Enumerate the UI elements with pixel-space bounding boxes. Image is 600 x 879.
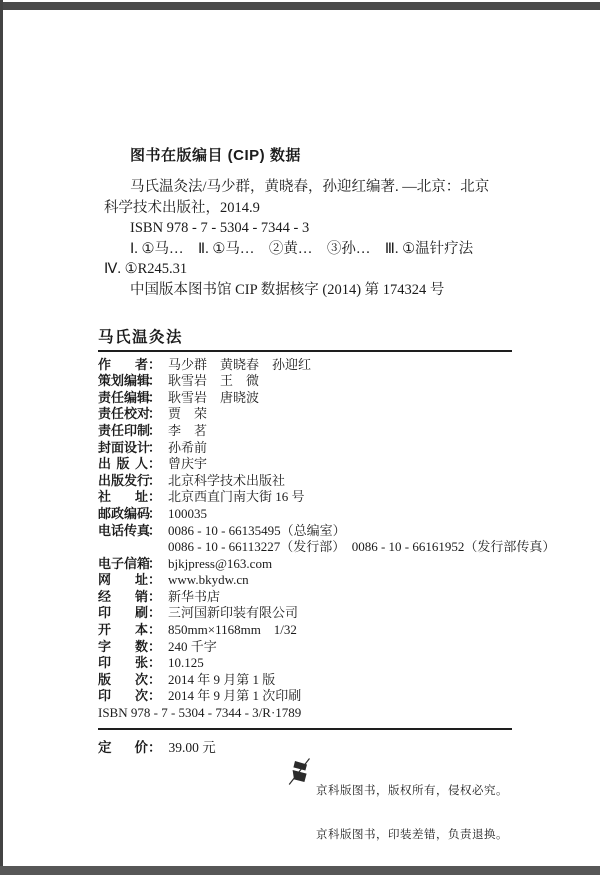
row-colon: ： <box>148 572 161 589</box>
row-label: 印次 <box>98 688 148 705</box>
row-colon: ： <box>148 688 161 705</box>
row-label: 字数 <box>98 639 148 656</box>
info-row: 策划编辑：耿雪岩 王 微 <box>98 373 512 390</box>
row-label: 电子信箱 <box>98 556 148 573</box>
row-value: 0086 - 10 - 66135495（总编室） <box>168 523 346 540</box>
row-colon: ： <box>148 423 161 440</box>
colophon-line-2: 京科版图书，印装差错，负责退换。 <box>316 828 508 843</box>
row-colon: ： <box>148 456 161 473</box>
page-content: 图书在版编目 (CIP) 数据 马氏温灸法/马少群，黄晓春，孙迎红编著. —北京… <box>98 146 512 756</box>
row-label: 出版发行 <box>98 473 148 490</box>
row-colon: ： <box>148 473 161 490</box>
row-value: 0086 - 10 - 66113227（发行部） 0086 - 10 - 66… <box>168 539 555 556</box>
row-value: 贾 荣 <box>168 406 207 423</box>
row-label: 出版人 <box>98 456 148 473</box>
row-label: 社址 <box>98 489 148 506</box>
price-row: 定价：39.00 元 <box>98 739 512 756</box>
row-label: 网址 <box>98 572 148 589</box>
info-row: 印次：2014 年 9 月第 1 次印刷 <box>98 688 512 705</box>
cip-block: 图书在版编目 (CIP) 数据 马氏温灸法/马少群，黄晓春，孙迎红编著. —北京… <box>98 146 512 301</box>
row-colon: ： <box>148 639 161 656</box>
row-label: 责任印制 <box>98 423 148 440</box>
row-value: ISBN 978 - 7 - 5304 - 7344 - 3/R·1789 <box>98 705 301 722</box>
row-label: 责任编辑 <box>98 390 148 407</box>
price-colon: ： <box>148 739 162 756</box>
row-value: 马少群 黄晓春 孙迎红 <box>168 357 311 374</box>
cip-header: 图书在版编目 (CIP) 数据 <box>104 146 512 166</box>
bjkj-press-logo-icon <box>288 758 311 790</box>
info-row: 社址：北京西直门南大街 16 号 <box>98 489 512 506</box>
row-label: 封面设计 <box>98 440 148 457</box>
row-colon: ： <box>148 556 161 573</box>
info-row: 出版人：曾庆宇 <box>98 456 512 473</box>
row-label: 印张 <box>98 655 148 672</box>
row-colon: ： <box>148 406 161 423</box>
info-row: ：0086 - 10 - 66113227（发行部） 0086 - 10 - 6… <box>98 539 512 556</box>
row-label: 开本 <box>98 622 148 639</box>
row-colon: ： <box>148 489 161 506</box>
row-colon: ： <box>148 357 161 374</box>
bottom-rule <box>98 728 512 730</box>
row-value: 北京科学技术出版社 <box>168 473 285 490</box>
row-value: 曾庆宇 <box>168 456 207 473</box>
info-row: 印张：10.125 <box>98 655 512 672</box>
info-row: 字数：240 千字 <box>98 639 512 656</box>
row-value: 耿雪岩 唐晓波 <box>168 390 259 407</box>
info-row: 出版发行：北京科学技术出版社 <box>98 473 512 490</box>
info-row: ：ISBN 978 - 7 - 5304 - 7344 - 3/R·1789 <box>98 705 512 722</box>
row-label: 电话传真 <box>98 523 148 540</box>
info-row: 责任印制：李 茗 <box>98 423 512 440</box>
row-value: 10.125 <box>168 655 204 672</box>
row-colon: ： <box>148 373 161 390</box>
colophon: 京科版图书，版权所有，侵权必究。 京科版图书，印装差错，负责退换。 <box>288 755 508 871</box>
info-row: 邮政编码：100035 <box>98 506 512 523</box>
row-value: 2014 年 9 月第 1 次印刷 <box>168 688 301 705</box>
row-colon: ： <box>148 390 161 407</box>
row-label: 经销 <box>98 589 148 606</box>
row-value: 240 千字 <box>168 639 217 656</box>
info-row: 经销：新华书店 <box>98 589 512 606</box>
info-row: 作者：马少群 黄晓春 孙迎红 <box>98 357 512 374</box>
colophon-line-1: 京科版图书，版权所有，侵权必究。 <box>316 784 508 799</box>
row-label: 版次 <box>98 672 148 689</box>
colophon-text: 京科版图书，版权所有，侵权必究。 京科版图书，印装差错，负责退换。 <box>316 755 508 871</box>
info-row: 电子信箱：bjkjpress@163.com <box>98 556 512 573</box>
row-label: 策划编辑 <box>98 373 148 390</box>
row-value: 李 茗 <box>168 423 207 440</box>
info-row: 网址：www.bkydw.cn <box>98 572 512 589</box>
row-colon: ： <box>148 440 161 457</box>
scan-edge-left <box>0 0 3 873</box>
row-value: www.bkydw.cn <box>168 572 249 589</box>
row-colon: ： <box>148 655 161 672</box>
row-colon: ： <box>148 523 161 540</box>
row-value: 耿雪岩 王 微 <box>168 373 259 390</box>
row-label: 印刷 <box>98 605 148 622</box>
cip-lines: 马氏温灸法/马少群，黄晓春，孙迎红编著. —北京：北京 科学技术出版社，2014… <box>104 177 512 301</box>
info-row: 版次：2014 年 9 月第 1 版 <box>98 672 512 689</box>
copyright-page: 图书在版编目 (CIP) 数据 马氏温灸法/马少群，黄晓春，孙迎红编著. —北京… <box>0 0 600 879</box>
row-colon: ： <box>148 605 161 622</box>
cip-line: 马氏温灸法/马少群，黄晓春，孙迎红编著. —北京：北京 <box>104 177 512 198</box>
row-value: 100035 <box>168 506 207 523</box>
cip-line: 科学技术出版社，2014.9 <box>104 198 512 219</box>
row-colon: ： <box>148 672 161 689</box>
book-title: 马氏温灸法 <box>98 328 512 347</box>
cip-line: Ⅰ. ①马… Ⅱ. ①马… ②黄… ③孙… Ⅲ. ①温针疗法 <box>104 239 512 260</box>
price-label: 定价 <box>98 739 148 756</box>
info-row: 责任校对：贾 荣 <box>98 406 512 423</box>
price-value: 39.00 元 <box>169 739 216 756</box>
info-row: 封面设计：孙希前 <box>98 440 512 457</box>
row-value: 三河国新印装有限公司 <box>168 605 298 622</box>
row-label: 邮政编码 <box>98 506 148 523</box>
info-row: 责任编辑：耿雪岩 唐晓波 <box>98 390 512 407</box>
row-colon: ： <box>148 589 161 606</box>
row-value: 850mm×1168mm 1/32 <box>168 622 297 639</box>
publication-info-list: 作者：马少群 黄晓春 孙迎红 策划编辑：耿雪岩 王 微 责任编辑：耿雪岩 唐晓波… <box>98 357 512 722</box>
cip-line: 中国版本图书馆 CIP 数据核字 (2014) 第 174324 号 <box>104 280 512 301</box>
row-value: bjkjpress@163.com <box>168 556 272 573</box>
row-label: 责任校对 <box>98 406 148 423</box>
cip-line: Ⅳ. ①R245.31 <box>104 259 512 280</box>
info-row: 开本：850mm×1168mm 1/32 <box>98 622 512 639</box>
info-row: 电话传真：0086 - 10 - 66135495（总编室） <box>98 523 512 540</box>
row-value: 北京西直门南大街 16 号 <box>168 489 305 506</box>
cip-line: ISBN 978 - 7 - 5304 - 7344 - 3 <box>104 218 512 239</box>
title-rule <box>98 350 512 352</box>
row-value: 新华书店 <box>168 589 220 606</box>
row-label: 作者 <box>98 357 148 374</box>
row-value: 孙希前 <box>168 440 207 457</box>
scan-edge-top <box>0 2 600 10</box>
row-colon: ： <box>148 622 161 639</box>
info-row: 印刷：三河国新印装有限公司 <box>98 605 512 622</box>
row-value: 2014 年 9 月第 1 版 <box>168 672 275 689</box>
row-colon: ： <box>148 506 161 523</box>
